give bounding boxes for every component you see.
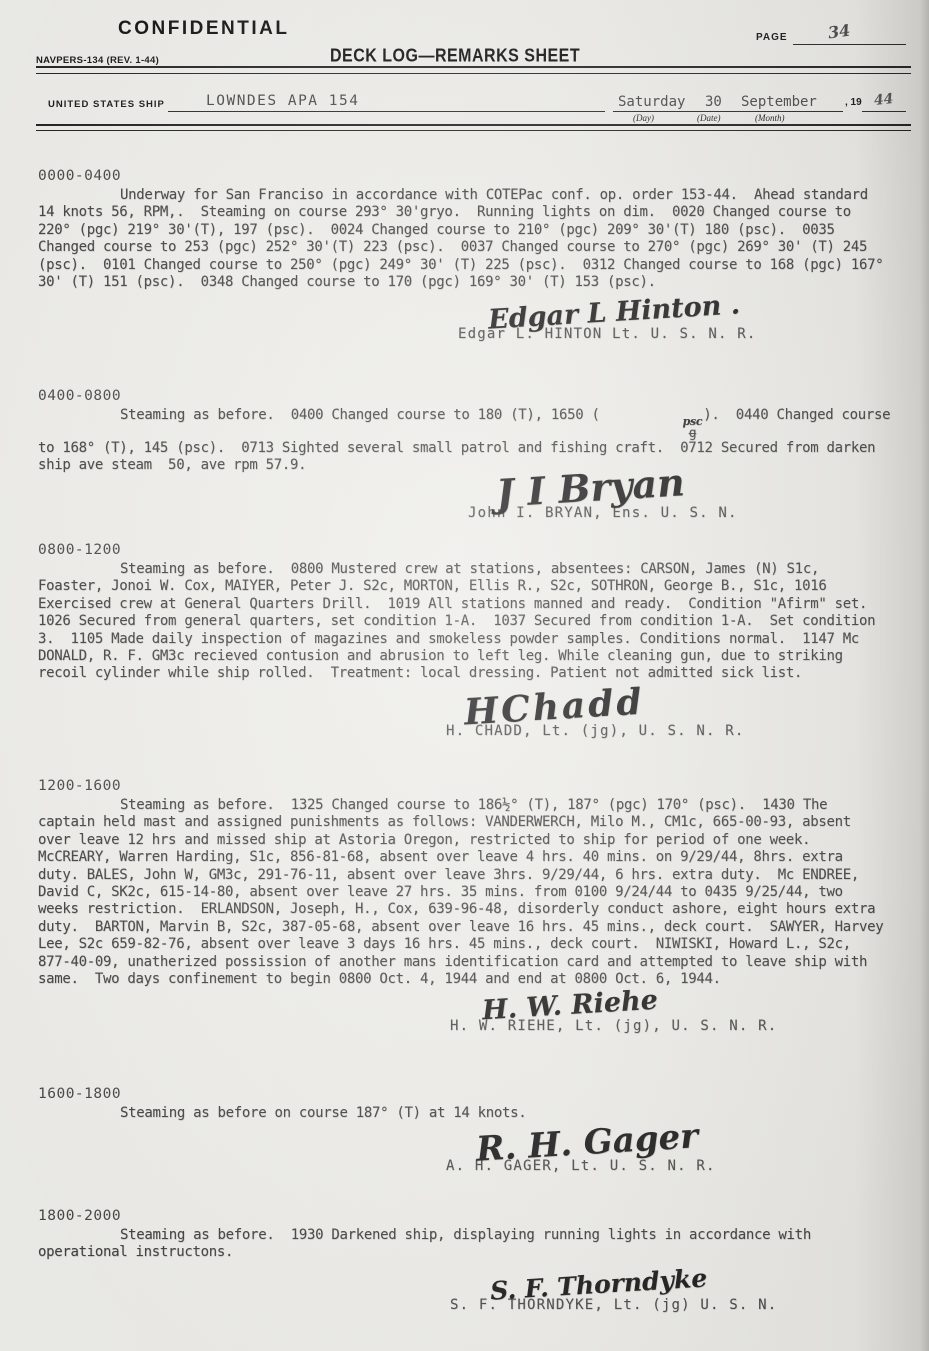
log-section-1800-2000: 1800-2000 Steaming as before. 1930 Darke… [38, 1208, 891, 1313]
date-line: Saturday 30 September [613, 90, 843, 112]
section-time-range: 0400-0800 [38, 388, 891, 404]
signature-block: H. W. Riehe H. W. RIEHE, Lt. (jg), U. S.… [450, 992, 891, 1034]
year-value: 44 [873, 91, 894, 109]
page-number: 34 [827, 21, 852, 43]
handwritten-correction: pscg [601, 416, 703, 440]
section-remarks: Steaming as before. 1930 Darkened ship, … [38, 1227, 891, 1262]
month-sublabel: (Month) [755, 113, 785, 123]
section-time-range: 1800-2000 [38, 1208, 891, 1224]
ship-line-divider [36, 124, 911, 131]
form-number: NAVPERS-134 (REV. 1-44) [36, 55, 159, 66]
log-section-0400-0800: 0400-0800 Steaming as before. 0400 Chang… [38, 388, 891, 521]
handwritten-signature: J I Bryan [495, 463, 686, 512]
page-label: PAGE [756, 32, 788, 43]
date-date: 30 [705, 94, 722, 110]
page-title: DECK LOG—REMARKS SHEET [330, 47, 580, 68]
section-remarks: Underway for San Franciso in accordance … [38, 187, 891, 291]
deck-log-page: CONFIDENTIAL NAVPERS-134 (REV. 1-44) DEC… [0, 0, 929, 1351]
log-section-1600-1800: 1600-1800 Steaming as before on course 1… [38, 1086, 891, 1174]
log-section-1200-1600: 1200-1600 Steaming as before. 1325 Chang… [38, 778, 891, 1034]
section-time-range: 1200-1600 [38, 778, 891, 794]
section-remarks: Steaming as before. 0400 Changed course … [38, 407, 891, 475]
signature-block: Edgar L Hinton . Edgar L. HINTON Lt. U. … [458, 299, 891, 342]
correction-struck-text: g [607, 427, 697, 440]
page-number-line: 34 [793, 24, 906, 45]
signature-block: S. F. Thorndyke S. F. THORNDYKE, Lt. (jg… [450, 1272, 891, 1313]
correction-inserted-text: psc [601, 416, 703, 427]
signature-block: HChadd H. CHADD, Lt. (jg), U. S. N. R. [446, 689, 891, 739]
section-remarks: Steaming as before. 1325 Changed course … [38, 797, 891, 988]
remarks-text: Steaming as before. 0400 Changed course … [120, 407, 600, 423]
section-remarks: Steaming as before on course 187° (T) at… [38, 1105, 891, 1122]
classification-stamp: CONFIDENTIAL [118, 18, 289, 40]
year-line: 44 [862, 90, 906, 112]
section-remarks: Steaming as before. 0800 Mustered crew a… [38, 561, 891, 683]
log-section-0800-1200: 0800-1200 Steaming as before. 0800 Muste… [38, 542, 891, 739]
ship-name: LOWNDES APA 154 [206, 93, 359, 109]
day-sublabel: (Day) [633, 113, 654, 123]
handwritten-signature: HChadd [463, 683, 645, 730]
log-section-0000-0400: 0000-0400 Underway for San Franciso in a… [38, 168, 891, 342]
year-prefix: , 19 [845, 97, 862, 108]
section-time-range: 0000-0400 [38, 168, 891, 184]
header-divider [36, 66, 911, 74]
date-month: September [741, 94, 817, 110]
section-time-range: 1600-1800 [38, 1086, 891, 1102]
date-sublabel: (Date) [697, 113, 721, 123]
signature-block: R. H. Gager A. H. GAGER, Lt. U. S. N. R. [446, 1126, 891, 1174]
ship-label: UNITED STATES SHIP [48, 99, 165, 110]
ship-name-line: LOWNDES APA 154 [168, 90, 605, 112]
signature-block: J I Bryan John I. BRYAN, Ens. U. S. N. [468, 469, 891, 521]
section-time-range: 0800-1200 [38, 542, 891, 558]
date-day: Saturday [618, 94, 685, 110]
